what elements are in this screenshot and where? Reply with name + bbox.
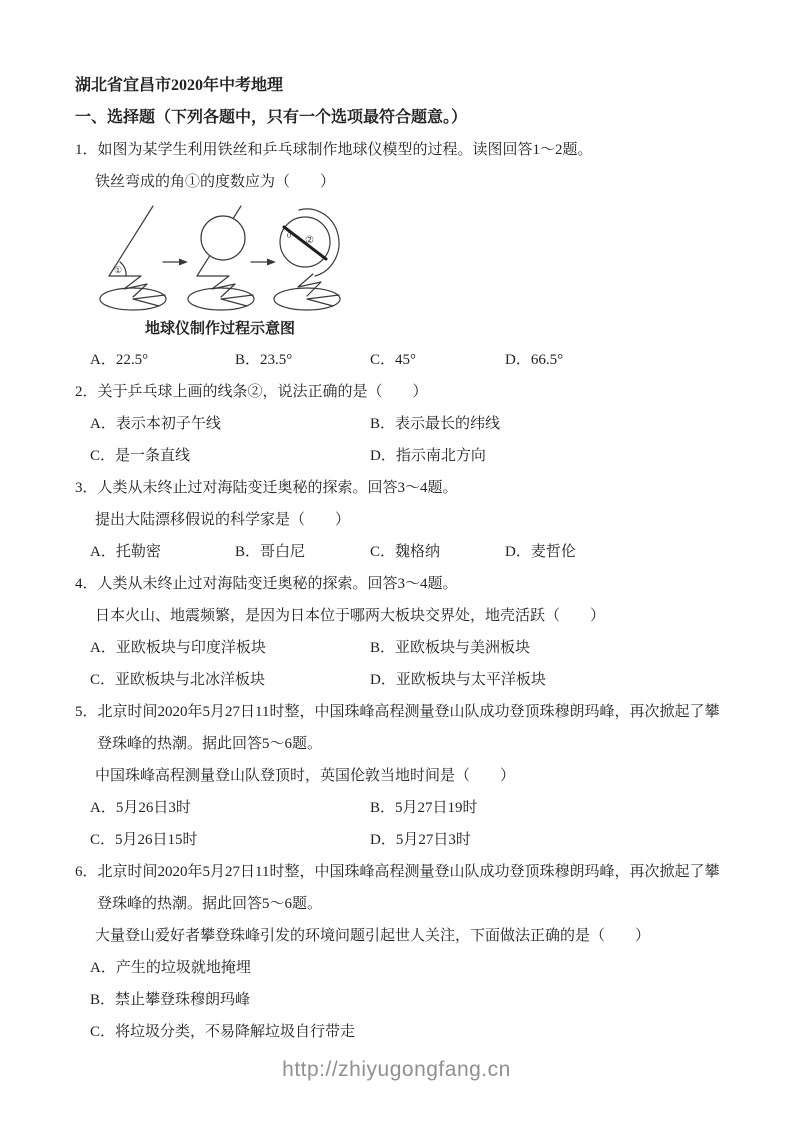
option-c: C．亚欧板块与北冰洋板块: [90, 664, 370, 696]
option-b: B．5月27日19时: [370, 792, 730, 824]
figure-caption: 地球仪制作过程示意图: [95, 314, 345, 344]
line-2-label: ②: [305, 235, 314, 246]
question-options: A．22.5° B．23.5° C．45° D．66.5°: [90, 344, 730, 376]
figure-stage-3-globe: 0° ②: [274, 209, 340, 310]
zero-degree-label: 0°: [287, 231, 294, 240]
option-b: B．哥白尼: [235, 536, 370, 568]
option-a: A．产生的垃圾就地掩埋: [90, 952, 730, 984]
question-stem-text: 关于乒乓球上画的线条②，说法正确的是（ ）: [98, 384, 428, 400]
angle-label: ①: [114, 265, 122, 275]
question-options: A．亚欧板块与印度洋板块 B．亚欧板块与美洲板块 C．亚欧板块与北冰洋板块 D．…: [90, 632, 730, 696]
option-a: A．表示本初子午线: [90, 408, 370, 440]
option-a: A．5月26日3时: [90, 792, 370, 824]
option-a: A．22.5°: [90, 344, 235, 376]
question-stem: 2．关于乒乓球上画的线条②，说法正确的是（ ）: [75, 376, 730, 408]
figure-stage-1-wire: ①: [100, 206, 166, 310]
question-stem-text: 人类从未终止过对海陆变迁奥秘的探索。回答3～4题。: [98, 576, 458, 592]
question-6: 6．北京时间2020年5月27日11时整，中国珠峰高程测量登山队成功登顶珠穆朗玛…: [75, 856, 730, 1048]
option-c: C．将垃圾分类，不易降解垃圾自行带走: [90, 1016, 730, 1048]
question-options: A．5月26日3时 B．5月27日19时 C．5月26日15时 D．5月27日3…: [90, 792, 730, 856]
question-2: 2．关于乒乓球上画的线条②，说法正确的是（ ） A．表示本初子午线 B．表示最长…: [75, 376, 730, 472]
option-b: B．23.5°: [235, 344, 370, 376]
option-b: B．亚欧板块与美洲板块: [370, 632, 730, 664]
option-d: D．66.5°: [505, 344, 730, 376]
question-substem: 日本火山、地震频繁，是因为日本位于哪两大板块交界处，地壳活跃（ ）: [75, 600, 730, 632]
question-substem: 大量登山爱好者攀登珠峰引发的环境问题引起世人关注，下面做法正确的是（ ）: [75, 920, 730, 952]
option-c: C．45°: [370, 344, 505, 376]
question-options: A．托勒密 B．哥白尼 C．魏格纳 D．麦哲伦: [90, 536, 730, 568]
option-d: D．5月27日3时: [370, 824, 730, 856]
question-stem: 6．北京时间2020年5月27日11时整，中国珠峰高程测量登山队成功登顶珠穆朗玛…: [75, 856, 730, 920]
question-3: 3．人类从未终止过对海陆变迁奥秘的探索。回答3～4题。 提出大陆漂移假说的科学家…: [75, 472, 730, 568]
question-stem-text: 如图为某学生利用铁丝和乒乓球制作地球仪模型的过程。读图回答1～2题。: [98, 142, 593, 158]
option-c: C．魏格纳: [370, 536, 505, 568]
option-b: B．禁止攀登珠穆朗玛峰: [90, 984, 730, 1016]
section-heading: 一、选择题（下列各题中，只有一个选项最符合题意。）: [75, 102, 730, 134]
option-c: C．5月26日15时: [90, 824, 370, 856]
globe-making-diagram: ①: [95, 202, 345, 314]
question-substem: 中国珠峰高程测量登山队登顶时，英国伦敦当地时间是（ ）: [75, 760, 730, 792]
question-number: 5．: [75, 704, 98, 720]
question-number: 4．: [75, 576, 98, 592]
option-d: D．麦哲伦: [505, 536, 730, 568]
question-stem-text: 北京时间2020年5月27日11时整，中国珠峰高程测量登山队成功登顶珠穆朗玛峰，…: [97, 704, 719, 752]
question-number: 6．: [75, 864, 98, 880]
option-b: B．表示最长的纬线: [370, 408, 730, 440]
question-4: 4．人类从未终止过对海陆变迁奥秘的探索。回答3～4题。 日本火山、地震频繁，是因…: [75, 568, 730, 696]
question-options: A．表示本初子午线 B．表示最长的纬线 C．是一条直线 D．指示南北方向: [90, 408, 730, 472]
option-a: A．托勒密: [90, 536, 235, 568]
question-stem: 4．人类从未终止过对海陆变迁奥秘的探索。回答3～4题。: [75, 568, 730, 600]
option-d: D．指示南北方向: [370, 440, 730, 472]
page-content: 湖北省宜昌市2020年中考地理 一、选择题（下列各题中，只有一个选项最符合题意。…: [0, 0, 793, 1048]
option-c: C．是一条直线: [90, 440, 370, 472]
question-stem: 3．人类从未终止过对海陆变迁奥秘的探索。回答3～4题。: [75, 472, 730, 504]
question-stem: 1．如图为某学生利用铁丝和乒乓球制作地球仪模型的过程。读图回答1～2题。: [75, 134, 730, 166]
question-stem-text: 北京时间2020年5月27日11时整，中国珠峰高程测量登山队成功登顶珠穆朗玛峰，…: [97, 864, 719, 912]
question-number: 2．: [75, 384, 98, 400]
question-number: 1．: [75, 142, 98, 158]
question-1: 1．如图为某学生利用铁丝和乒乓球制作地球仪模型的过程。读图回答1～2题。 铁丝弯…: [75, 134, 730, 376]
question-options: A．产生的垃圾就地掩埋 B．禁止攀登珠穆朗玛峰 C．将垃圾分类，不易降解垃圾自行…: [90, 952, 730, 1048]
question-substem: 提出大陆漂移假说的科学家是（ ）: [75, 504, 730, 536]
exam-paper-page: 湖北省宜昌市2020年中考地理 一、选择题（下列各题中，只有一个选项最符合题意。…: [0, 0, 793, 1122]
question-stem: 5．北京时间2020年5月27日11时整，中国珠峰高程测量登山队成功登顶珠穆朗玛…: [75, 696, 730, 760]
question-number: 3．: [75, 480, 98, 496]
option-d: D．亚欧板块与太平洋板块: [370, 664, 730, 696]
exam-title: 湖北省宜昌市2020年中考地理: [75, 70, 730, 102]
question-5: 5．北京时间2020年5月27日11时整，中国珠峰高程测量登山队成功登顶珠穆朗玛…: [75, 696, 730, 856]
question-stem-text: 人类从未终止过对海陆变迁奥秘的探索。回答3～4题。: [98, 480, 458, 496]
option-a: A．亚欧板块与印度洋板块: [90, 632, 370, 664]
figure-stage-2-ball-on-wire: [188, 206, 254, 310]
globe-making-figure: ①: [95, 198, 345, 344]
watermark-url: http://zhiyugongfang.cn: [0, 1058, 793, 1082]
question-substem: 铁丝弯成的角①的度数应为（ ）: [75, 166, 730, 198]
arrow-icon: [163, 259, 188, 266]
arrow-icon: [251, 259, 276, 266]
